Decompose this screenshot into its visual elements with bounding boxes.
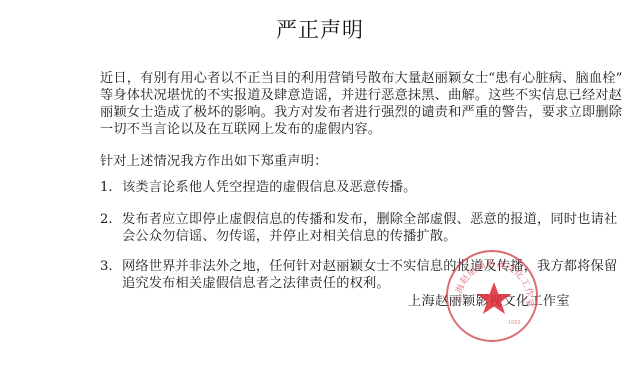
item-text: 发布者应立即停止虚假信息的传播和发布，删除全部虚假、恶意的报道，同时也请社 会公… <box>122 211 562 245</box>
svg-text:1002: 1002 <box>508 320 521 326</box>
declaration-intro: 针对上述情况我方作出如下郑重声明： <box>100 150 328 169</box>
item-line: 会公众勿信谣、勿传谣，并停止对相关信息的传播扩散。 <box>122 228 562 245</box>
official-seal: 上海赵丽颖影视文化工作室 1002 <box>446 250 538 342</box>
item-line: 发布者应立即停止虚假信息的传播和发布，删除全部虚假、恶意的报道，同时也请社 <box>122 211 562 228</box>
document-title: 严正声明 <box>0 14 640 44</box>
item-text: 该类言论系他人凭空捏造的虚假信息及恶意传播。 <box>122 179 562 196</box>
item-line: 该类言论系他人凭空捏造的虚假信息及恶意传播。 <box>122 179 562 196</box>
paragraph-line: 一切不当言论以及在互联网上发布的虚假内容。 <box>100 121 560 138</box>
item-number: 1. <box>100 179 113 196</box>
item-number: 3. <box>100 258 113 275</box>
item-number: 2. <box>100 211 113 228</box>
statement-paragraph: 近日，有别有用心者以不正当目的利用营销号散布大量赵丽颖女士“患有心脏病、脑血栓”… <box>100 70 560 138</box>
paragraph-line: 近日，有别有用心者以不正当目的利用营销号散布大量赵丽颖女士“患有心脏病、脑血栓” <box>100 70 560 87</box>
red-star-seal-icon: 上海赵丽颖影视文化工作室 1002 <box>448 252 540 344</box>
paragraph-line: 等身体状况堪忧的不实报道及肆意造谣，并进行恶意抹黑、曲解。这些不实信息已经对赵 <box>100 87 560 104</box>
paragraph-line: 丽颖女士造成了极坏的影响。我方对发布者进行强烈的谴责和严重的警告，要求立即删除 <box>100 104 560 121</box>
